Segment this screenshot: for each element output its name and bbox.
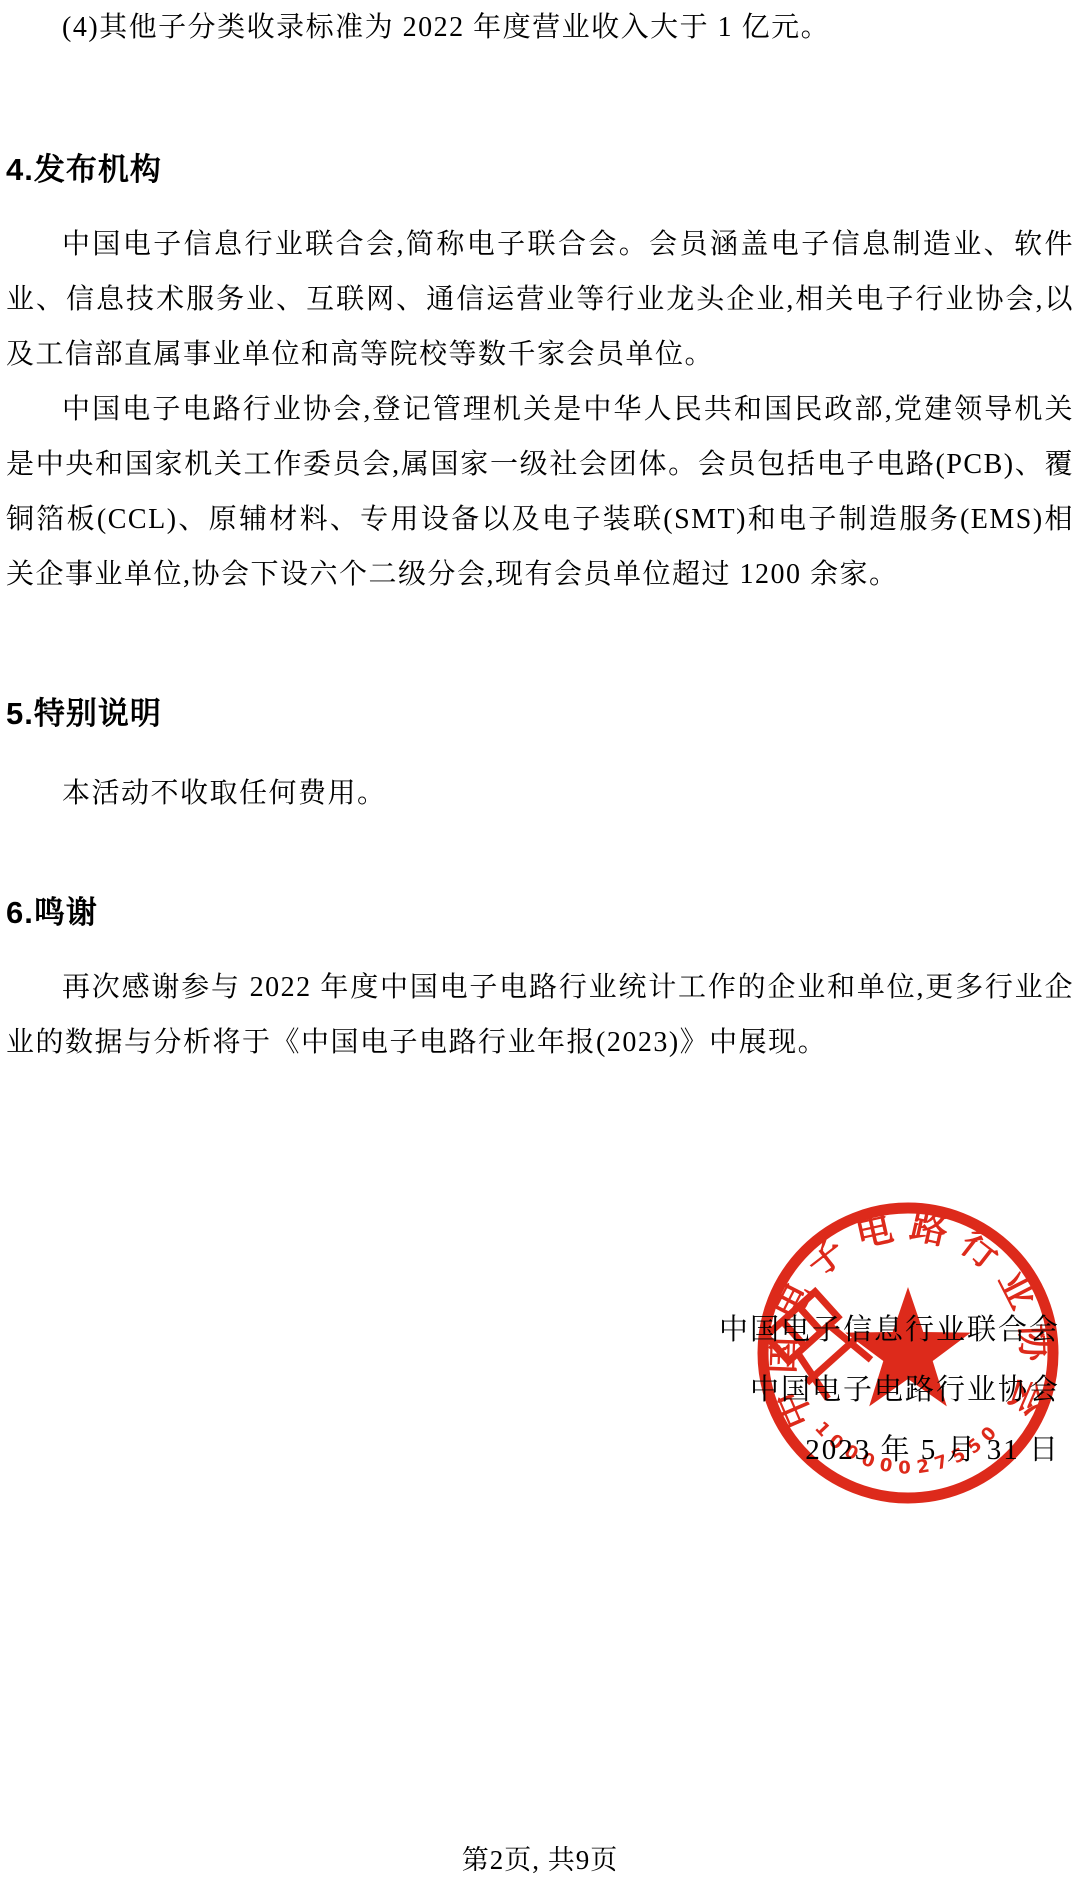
document-page: (4)其他子分类收录标准为 2022 年度营业收入大于 1 亿元。 4.发布机构…: [0, 0, 1080, 1884]
section-heading-publisher: 4.发布机构: [6, 148, 1074, 192]
paragraph-association: 中国电子电路行业协会,登记管理机关是中华人民共和国民政部,党建领导机关是中央和国…: [6, 382, 1074, 602]
paragraph-thanks: 再次感谢参与 2022 年度中国电子电路行业统计工作的企业和单位,更多行业企业的…: [6, 960, 1074, 1070]
official-seal-stamp: 中国电子电路行业协会 1100000275503: [753, 1198, 1063, 1508]
page-footer: 第2页, 共9页: [0, 1838, 1080, 1877]
intro-list-item: (4)其他子分类收录标准为 2022 年度营业收入大于 1 亿元。: [6, 6, 1074, 50]
paragraph-no-fee: 本活动不收取任何费用。: [6, 766, 1074, 821]
stamp-star-icon: [845, 1287, 971, 1406]
section-heading-special-note: 5.特别说明: [6, 692, 1074, 736]
paragraph-federation: 中国电子信息行业联合会,简称电子联合会。会员涵盖电子信息制造业、软件业、信息技术…: [6, 217, 1074, 382]
document-content: (4)其他子分类收录标准为 2022 年度营业收入大于 1 亿元。 4.发布机构…: [0, 0, 1080, 1070]
section-heading-acknowledgement: 6.鸣谢: [6, 891, 1074, 935]
